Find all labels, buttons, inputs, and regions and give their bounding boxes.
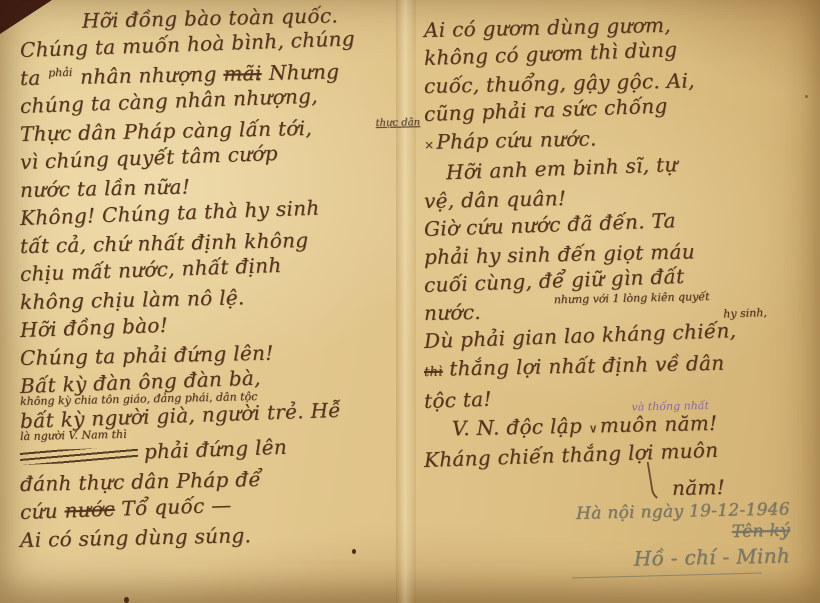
line-text: muôn năm!: [599, 411, 717, 437]
interline-insertion: hy sinh,: [723, 307, 767, 320]
ink-speck: [124, 597, 129, 603]
line-text: phải đứng lên: [144, 435, 288, 464]
signature-block: Hà nội ngày 19-12-1946 Tên ký Hồ - chí -…: [424, 506, 816, 576]
interline-insertion-violet: và thống nhất: [603, 400, 709, 413]
strikethrough-word: nước: [64, 497, 115, 523]
ink-speck: [805, 95, 808, 98]
line-text: V. N. độc lập: [452, 414, 583, 441]
left-page: Hỡi đồng bào toàn quốc. Chúng ta muốn ho…: [20, 8, 405, 554]
signature-underline: [572, 573, 762, 579]
line-text: cứu: [20, 499, 59, 524]
line-text: thắng lợi nhất định về dân: [449, 351, 725, 381]
interline-insertion: nhưng với 1 lòng kiên quyết: [554, 291, 710, 305]
line-text: nước.: [424, 300, 481, 325]
line-text: nhân nhượng: [80, 62, 217, 89]
right-page: Ai có gươm dùng gươm, không có gươm thì …: [424, 16, 816, 576]
line-text: ta: [20, 66, 41, 90]
inserted-word: phải: [48, 68, 72, 79]
insertion-bracket: [647, 459, 671, 503]
line-text: năm!: [672, 475, 726, 500]
handwritten-line: năm!: [672, 471, 817, 502]
margin-insertion: thực dân: [375, 118, 420, 129]
strikethrough-word: thì: [424, 365, 443, 380]
line-text: Tổ quốc —: [121, 493, 232, 521]
insertion-caret: ×: [424, 138, 435, 152]
line-text: Pháp cứu nước.: [436, 126, 597, 153]
insertion-caret: ∨: [589, 421, 598, 435]
illegible-strikethrough: [20, 447, 138, 465]
ink-speck: [352, 549, 356, 554]
manuscript-photo: Hỡi đồng bào toàn quốc. Chúng ta muốn ho…: [0, 0, 820, 603]
